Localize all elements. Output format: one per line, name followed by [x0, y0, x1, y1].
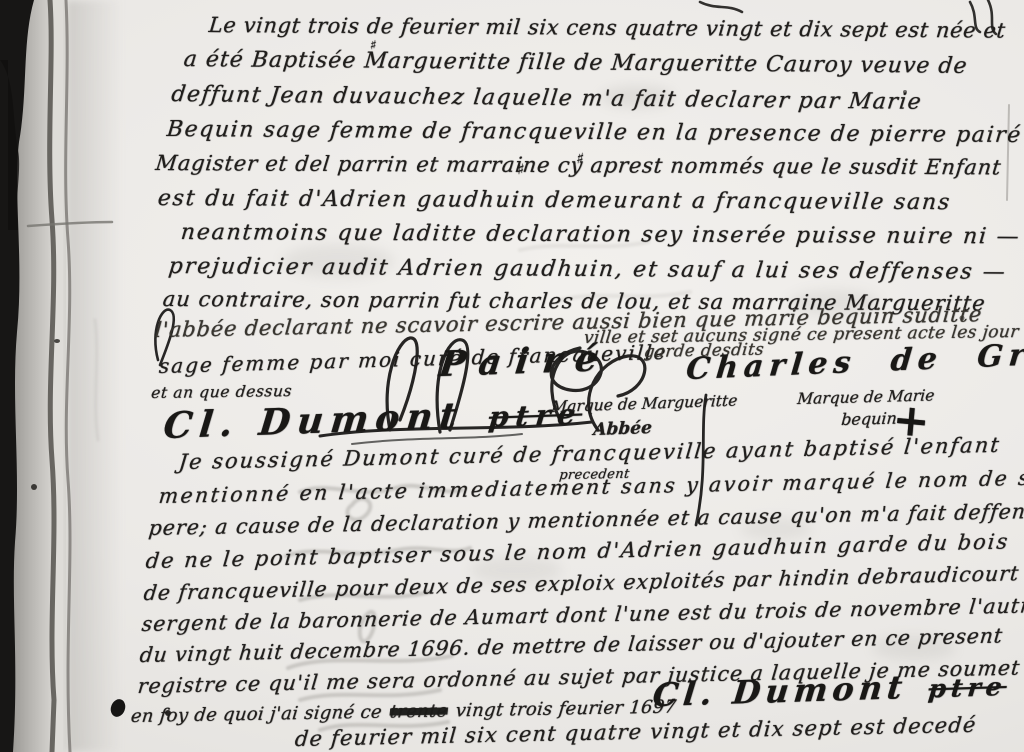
- act2-final-prefix: en foy de quoi j'ai signé ce: [130, 702, 383, 727]
- act1-line-1: Le vingt trois de feurier mil six cens q…: [208, 13, 1007, 43]
- signature-dumont-name: Cl. Dumont: [162, 395, 466, 448]
- act1-line-8: prejudicier audit Adrien gaudhuin, et sa…: [167, 254, 1008, 285]
- signature-paire: Pairé: [437, 338, 614, 385]
- act1-line-2: a été Baptisée Margueritte fille de Marg…: [183, 47, 969, 79]
- act1-line-4: Bequin sage femme de francqueville en la…: [166, 117, 1023, 148]
- page-gutter-margin: [4, 0, 66, 752]
- act2-superscript-insertion: precedent: [558, 467, 630, 483]
- signature-dumont-title: ptre: [927, 672, 1008, 704]
- manuscript-scan: Le vingt trois de feurier mil six cens q…: [0, 0, 1024, 752]
- signature-dumont-name: Cl. Dumont: [651, 668, 909, 714]
- marque-marie-name: bequin: [841, 409, 898, 430]
- act1-line-7: neantmoins que laditte declaration sey i…: [180, 220, 1022, 249]
- act1-date-note: et an que dessus: [150, 382, 293, 402]
- gutter-shadow: [66, 0, 122, 752]
- act1-line-6: est du fait d'Adrien gaudhuin demeurant …: [157, 186, 953, 215]
- marque-margueritte-name: Abbée: [593, 418, 653, 440]
- act2-final-suffix: vingt trois feurier 1697: [455, 696, 678, 721]
- act2-struck-word: trente: [389, 700, 449, 722]
- act1-line-3: deffunt Jean duvauchez laquelle m'a fait…: [170, 82, 923, 115]
